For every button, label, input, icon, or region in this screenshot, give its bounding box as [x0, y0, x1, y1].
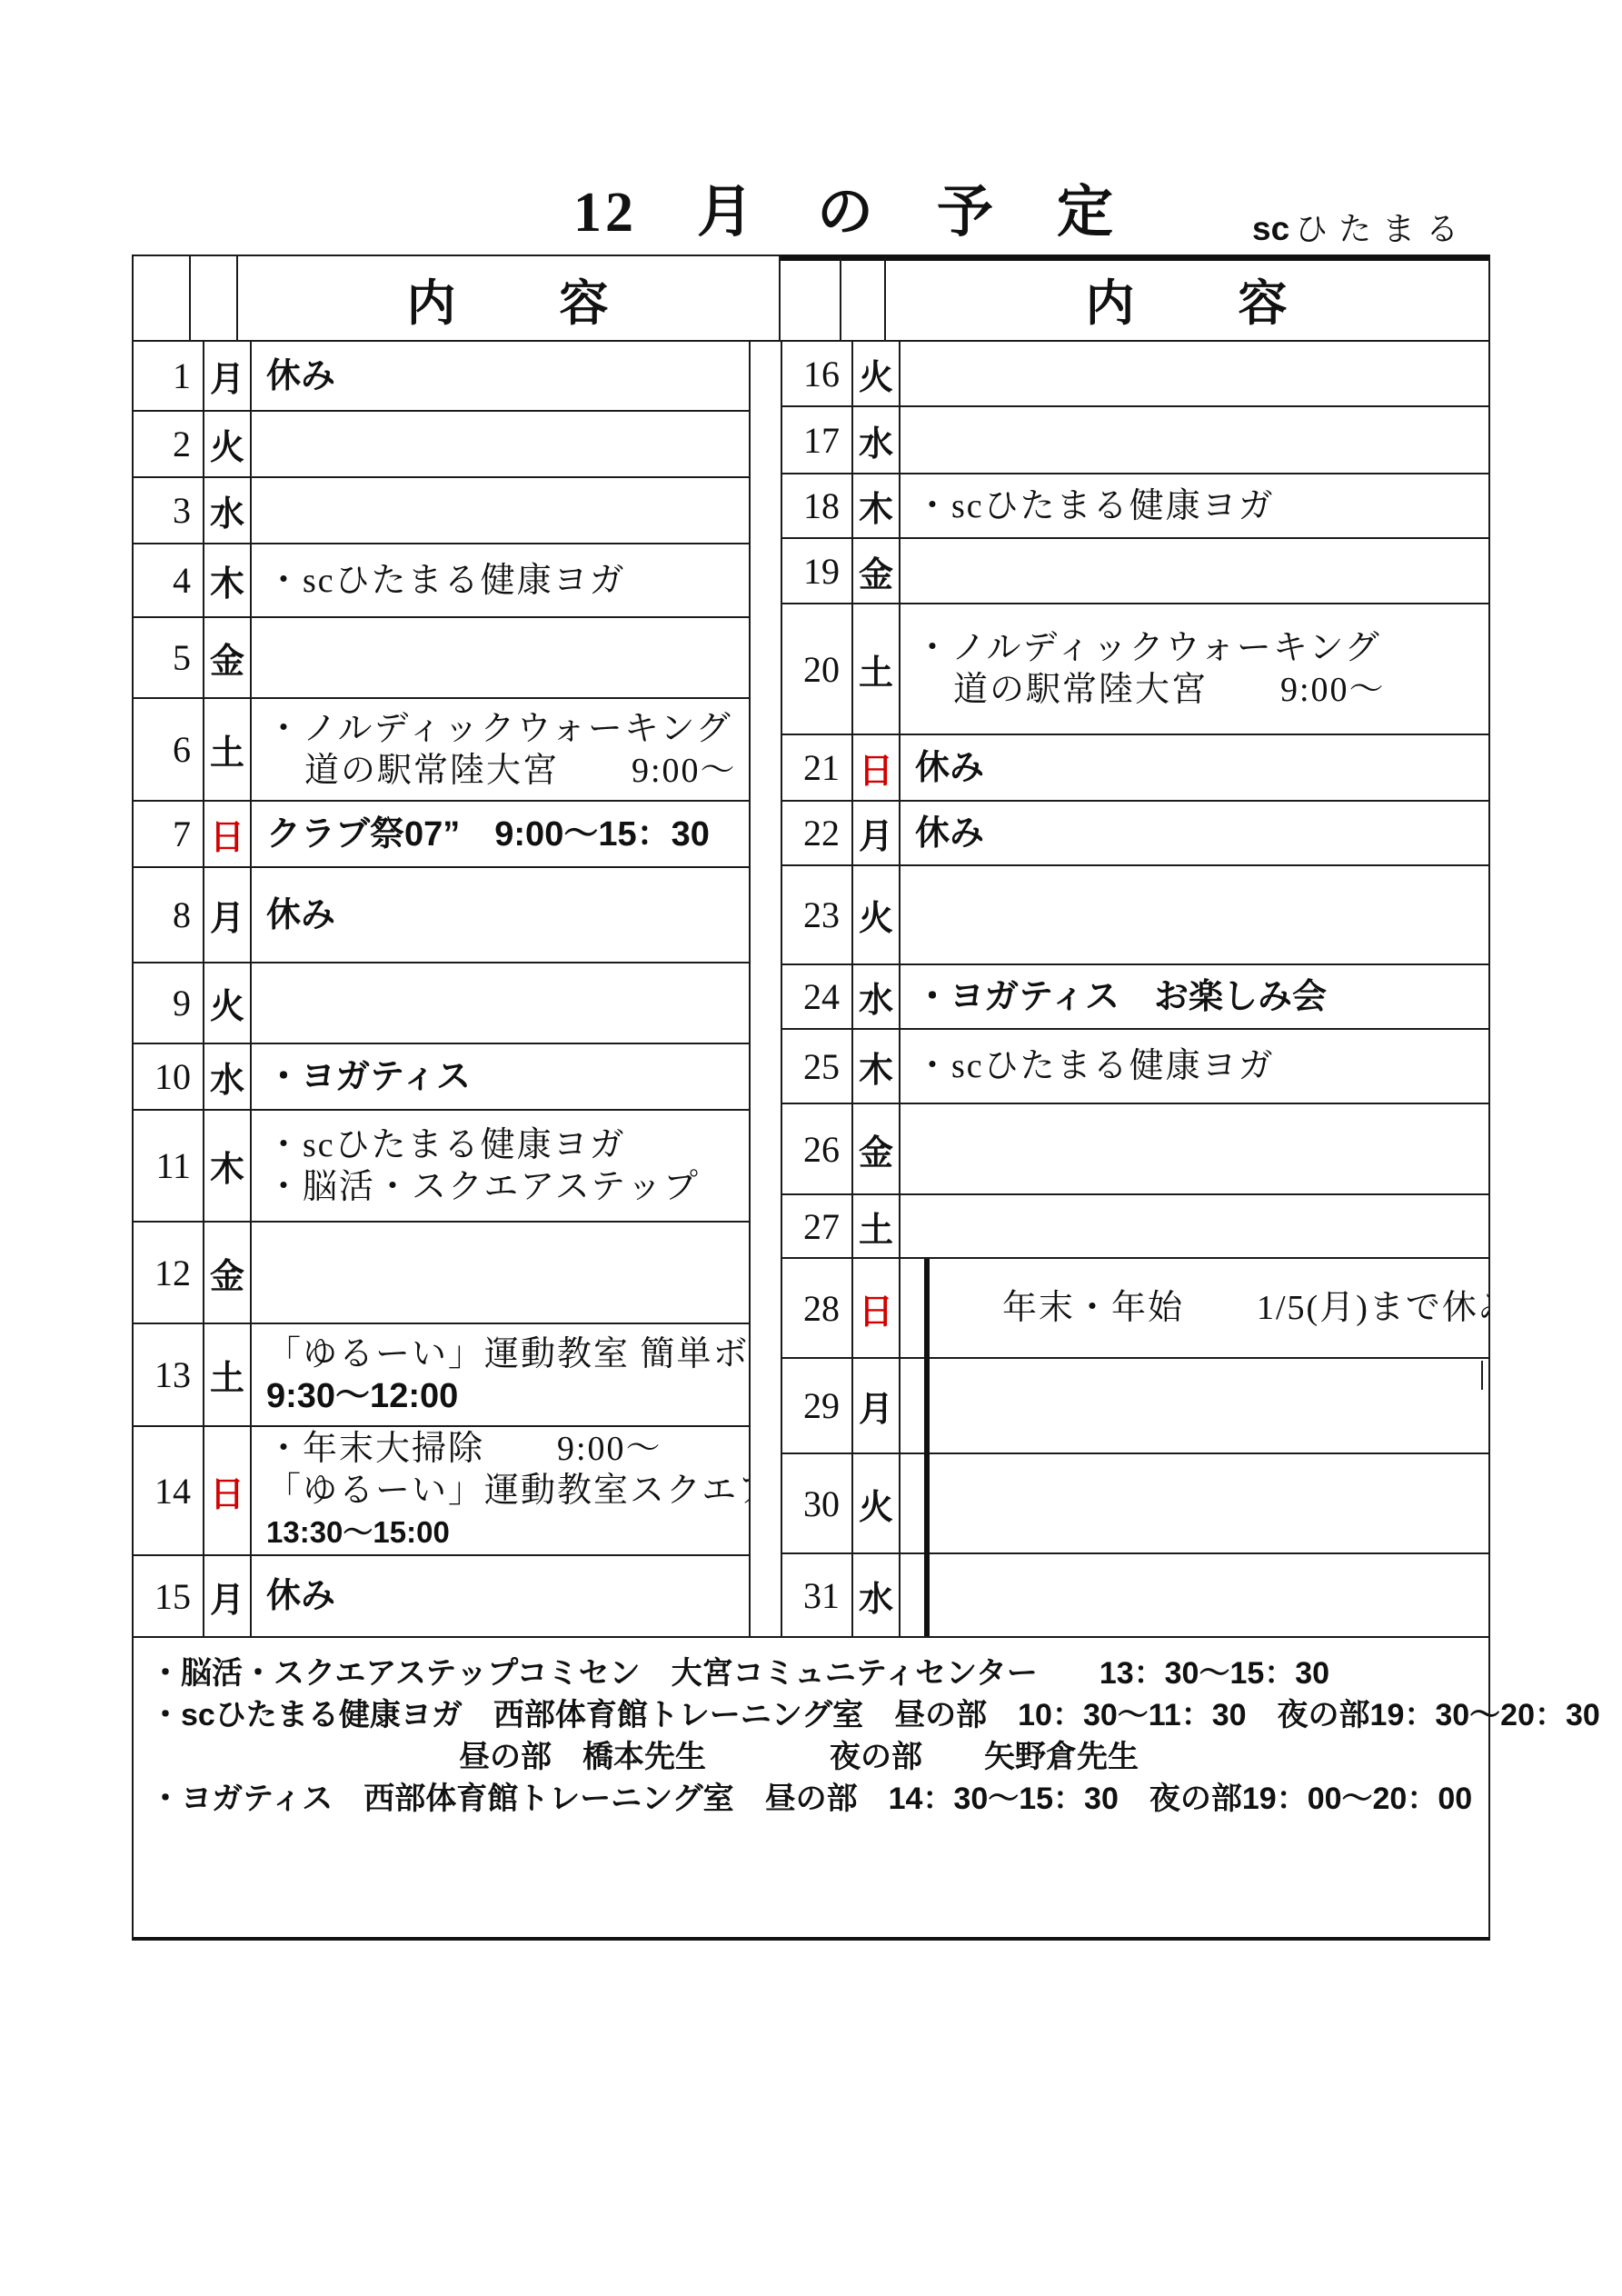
day-number: 2 [134, 412, 204, 476]
club-name-kana: ひたまる [1295, 209, 1469, 249]
day-of-week: 水 [853, 407, 901, 473]
event-text: 「ゆるーい」運動教室 簡単ボッチャ [266, 1333, 749, 1375]
event-text: 道の駅常陸大宮 9:00～ [915, 669, 1488, 711]
header-day-right [781, 255, 841, 342]
table-row-day-23: 23 火 [782, 866, 1488, 965]
day-number: 12 [134, 1223, 204, 1323]
day-of-week: 火 [204, 412, 252, 476]
newyear-holiday-note: 年末・年始 1/5(月)まで休み [915, 1287, 1488, 1329]
day-number: 21 [782, 735, 853, 800]
day-number: 4 [134, 544, 204, 616]
schedule-page: 12 月 の 予 定 sc ひたまる 内 容 内 容 1 月 休み 2 火 [0, 0, 1622, 2296]
day-number: 6 [134, 699, 204, 800]
day-of-week: 月 [853, 1359, 901, 1452]
event-text: ・ノルディックウォーキング [266, 708, 749, 750]
day-of-week: 日 [204, 1427, 252, 1554]
day-of-week: 土 [853, 604, 901, 734]
day-of-week: 木 [204, 1111, 252, 1221]
day-number: 7 [134, 802, 204, 866]
table-row-day-28: 28 日 年末・年始 1/5(月)まで休み [782, 1259, 1488, 1359]
event-text: 休み [266, 1575, 749, 1617]
table-row-day-24: 24 水 ・ヨガティス お楽しみ会 [782, 965, 1488, 1030]
event-text: 休み [915, 813, 1488, 854]
left-half: 1 月 休み 2 火 3 水 4 木 ・scひたまる健康ヨガ 5 金 [132, 342, 751, 1636]
day-of-week: 火 [853, 1454, 901, 1552]
table-row-day-17: 17 水 [782, 407, 1488, 474]
day-number: 30 [782, 1454, 853, 1552]
day-of-week: 木 [853, 474, 901, 537]
table-row-day-12: 12 金 [134, 1223, 749, 1324]
event-text: 休み [915, 747, 1488, 789]
day-number: 28 [782, 1259, 853, 1357]
day-of-week: 日 [853, 1259, 901, 1357]
day-of-week: 土 [204, 699, 252, 800]
event-text: ・scひたまる健康ヨガ [915, 1045, 1488, 1087]
day-of-week: 金 [853, 1104, 901, 1193]
table-row-day-20: 20 土 ・ノルディックウォーキング 道の駅常陸大宮 9:00～ [782, 604, 1488, 735]
header-dow-left [191, 255, 238, 342]
table-row-day-7: 7 日 クラブ祭07” 9:00～15：30 [134, 802, 749, 868]
day-number: 19 [782, 539, 853, 603]
day-of-week: 木 [853, 1030, 901, 1103]
table-row-day-11: 11 木 ・scひたまる健康ヨガ ・脳活・スクエアステップ [134, 1111, 749, 1223]
table-row-day-6: 6 土 ・ノルディックウォーキング 道の駅常陸大宮 9:00～ [134, 699, 749, 802]
day-number: 29 [782, 1359, 853, 1452]
table-row-day-22: 22 月 休み [782, 802, 1488, 866]
day-number: 25 [782, 1030, 853, 1103]
table-row-day-8: 8 月 休み [134, 868, 749, 963]
note-line: ・脳活・スクエアステップコミセン 大宮コミュニティセンター 13：30～15：3… [150, 1652, 1488, 1694]
event-text: ・scひたまる健康ヨガ [266, 1124, 749, 1166]
event-text: ・ヨガティス [266, 1056, 749, 1098]
day-number: 11 [134, 1111, 204, 1221]
event-text: ・脳活・スクエアステップ [266, 1166, 749, 1208]
day-number: 23 [782, 866, 853, 963]
header-dow-right [841, 255, 886, 342]
day-of-week: 火 [853, 342, 901, 405]
table-row-day-31: 31 水 [782, 1554, 1488, 1636]
day-number: 17 [782, 407, 853, 473]
event-text: ・scひたまる健康ヨガ [266, 560, 749, 602]
right-half: 16 火 17 水 18 木 ・scひたまる健康ヨガ 19 金 20 土 [781, 342, 1490, 1636]
note-line: 昼の部 橋本先生 夜の部 矢野倉先生 [459, 1736, 1488, 1778]
event-text: 9:30～12:00 [266, 1375, 749, 1417]
day-number: 9 [134, 963, 204, 1043]
day-of-week: 月 [204, 342, 252, 410]
day-of-week: 月 [204, 1556, 252, 1636]
day-of-week: 水 [204, 1044, 252, 1109]
day-of-week: 金 [204, 1223, 252, 1323]
content-header-left: 内 容 [407, 265, 611, 340]
day-of-week: 木 [204, 544, 252, 616]
newyear-box-left-rule [924, 1259, 930, 1636]
day-number: 1 [134, 342, 204, 410]
day-number: 26 [782, 1104, 853, 1193]
day-of-week: 火 [204, 963, 252, 1043]
event-text: 休み [266, 355, 749, 397]
table-row-day-5: 5 金 [134, 618, 749, 699]
event-text: ・scひたまる健康ヨガ [915, 485, 1488, 527]
day-of-week: 水 [853, 1554, 901, 1636]
club-name: sc ひたまる [1252, 205, 1469, 249]
club-name-prefix: sc [1252, 209, 1289, 249]
day-number: 5 [134, 618, 204, 697]
table-row-day-29: 29 月 [782, 1359, 1488, 1454]
table-row-day-18: 18 木 ・scひたまる健康ヨガ [782, 474, 1488, 539]
day-of-week: 月 [853, 802, 901, 864]
day-of-week: 土 [204, 1324, 252, 1425]
day-number: 24 [782, 965, 853, 1028]
day-of-week: 日 [853, 735, 901, 800]
content-header-right: 内 容 [1086, 265, 1289, 340]
table-row-day-27: 27 土 [782, 1195, 1488, 1259]
table-row-day-4: 4 木 ・scひたまる健康ヨガ [134, 544, 749, 618]
event-text: ・ノルディックウォーキング [915, 627, 1488, 669]
header-content-right: 内 容 [886, 255, 1490, 342]
event-text: クラブ祭07” 9:00～15：30 [266, 814, 749, 855]
day-number: 3 [134, 478, 204, 543]
day-number: 20 [782, 604, 853, 734]
table-row-day-3: 3 水 [134, 478, 749, 544]
day-of-week: 火 [853, 866, 901, 963]
event-text: 「ゆるーい」運動教室スクエアステップ [266, 1470, 749, 1512]
day-of-week: 金 [853, 539, 901, 603]
table-row-day-9: 9 火 [134, 963, 749, 1044]
event-text: 休み [266, 894, 749, 936]
table-row-day-21: 21 日 休み [782, 735, 1488, 802]
table-row-day-19: 19 金 [782, 539, 1488, 604]
day-number: 31 [782, 1554, 853, 1636]
day-number: 14 [134, 1427, 204, 1554]
table-row-day-13: 13 土 「ゆるーい」運動教室 簡単ボッチャ 9:30～12:00 [134, 1324, 749, 1427]
day-of-week: 日 [204, 802, 252, 866]
day-of-week: 水 [204, 478, 252, 543]
table-row-day-25: 25 木 ・scひたまる健康ヨガ [782, 1030, 1488, 1104]
table-row-day-30: 30 火 [782, 1454, 1488, 1554]
table-row-day-15: 15 月 休み [134, 1556, 749, 1636]
day-number: 27 [782, 1195, 853, 1257]
table-row-day-10: 10 水 ・ヨガティス [134, 1044, 749, 1111]
day-number: 16 [782, 342, 853, 405]
table-row-day-2: 2 火 [134, 412, 749, 478]
day-of-week: 土 [853, 1195, 901, 1257]
table-row-day-1: 1 月 休み [134, 342, 749, 412]
header-day-left [132, 255, 191, 342]
day-number: 8 [134, 868, 204, 962]
footer-notes: ・脳活・スクエアステップコミセン 大宮コミュニティセンター 13：30～15：3… [132, 1636, 1490, 1941]
day-of-week: 金 [204, 618, 252, 697]
day-number: 18 [782, 474, 853, 537]
table-row-day-26: 26 金 [782, 1104, 1488, 1195]
textbox-corner-artifact [1481, 1361, 1483, 1390]
day-number: 13 [134, 1324, 204, 1425]
schedule-table: 内 容 内 容 1 月 休み 2 火 3 水 4 [132, 255, 1490, 1941]
day-number: 10 [134, 1044, 204, 1109]
note-line: ・scひたまる健康ヨガ 西部体育館トレーニング室 昼の部 10：30～11：30… [150, 1694, 1488, 1736]
table-row-day-16: 16 火 [782, 342, 1488, 407]
table-row-day-14: 14 日 ・年末大掃除 9:00～ 「ゆるーい」運動教室スクエアステップ 13:… [134, 1427, 749, 1556]
event-text: ・年末大掃除 9:00～ [266, 1428, 749, 1470]
event-text: 道の駅常陸大宮 9:00～ [266, 750, 749, 792]
event-text: ・ヨガティス お楽しみ会 [915, 976, 1488, 1018]
page-title: 12 月 の 予 定 [454, 175, 1236, 251]
event-text: 13:30～15:00 [266, 1512, 749, 1553]
day-number: 15 [134, 1556, 204, 1636]
day-number: 22 [782, 802, 853, 864]
note-line: ・ヨガティス 西部体育館トレーニング室 昼の部 14：30～15：30 夜の部1… [150, 1778, 1488, 1820]
header-content-left: 内 容 [238, 255, 781, 342]
day-of-week: 水 [853, 965, 901, 1028]
day-of-week: 月 [204, 868, 252, 962]
